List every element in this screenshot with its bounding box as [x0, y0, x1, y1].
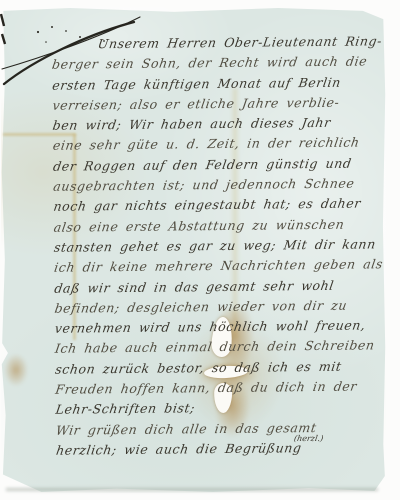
interlinear-insertion: (herzl.): [293, 434, 324, 443]
letter-scan: Unserem Herren Ober-Lieutenant Ring-berg…: [0, 0, 400, 500]
handwritten-line: ich dir keine mehrere Nachrichten geben …: [53, 254, 390, 278]
edge-ink-mark: [1, 14, 5, 44]
edge-stain: [0, 348, 32, 392]
handwritten-text: Unserem Herren Ober-Lieutenant Ring-berg…: [52, 31, 390, 461]
paper-bottom-edge: [6, 488, 378, 491]
handwritten-line: herzlich; wie auch die Begrüßung: [55, 437, 392, 461]
